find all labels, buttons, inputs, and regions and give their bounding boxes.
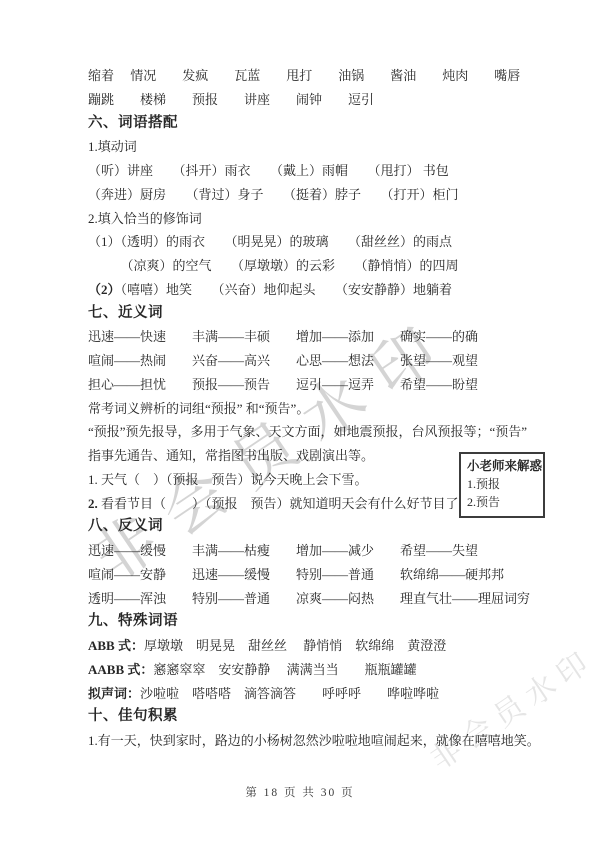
heading-section-9-special-words: 九、特殊词语 (88, 610, 558, 634)
note-common-test-words: 常考词义辨析的词组“预报” 和“预告”。 (88, 397, 558, 421)
antonym-row-1: 迅速——缓慢 丰满——枯瘦 增加——减少 希望——失望 (88, 539, 558, 563)
modifier-row-3: （2）（嘻嘻）地笑 （兴奋）地仰起头 （安安静静）地躺着 (88, 278, 558, 302)
aabb-words: 窸窸窣窣 安安静静 满满当当 瓶瓶罐罐 (153, 662, 416, 677)
heading-section-8-antonyms: 八、反义词 (88, 515, 558, 539)
page-footer: 第 18 页 共 30 页 (0, 784, 600, 800)
note-yubao-definition: “预报”预先报导，多用于气象、天文方面，如地震预报，台风预报等；“预告” (88, 420, 558, 444)
modifier-row-2: （凉爽）的空气 （厚墩墩）的云彩 （静悄悄）的四周 (88, 254, 558, 278)
onomatopoeia-label: 拟声词： (88, 686, 140, 701)
word-list-row-1: 缩着 情况 发疯 瓦蓝 甩打 油锅 酱油 炖肉 嘴唇 (88, 64, 558, 88)
teacher-tip-title: 小老师来解惑 (467, 458, 537, 475)
subheading-fill-verbs: 1.填动词 (88, 135, 558, 159)
word-list-row-2: 蹦跳 楼梯 预报 讲座 闹钟 逗引 (88, 88, 558, 112)
modifier-row-3-text: （嘻嘻）地笑 （兴奋）地仰起头 （安安静静）地躺着 (121, 282, 453, 297)
abb-label: ABB 式： (88, 638, 144, 653)
aabb-words-row: AABB 式：窸窸窣窣 安安静静 满满当当 瓶瓶罐罐 (88, 658, 558, 682)
synonym-row-2: 喧闹——热闹 兴奋——高兴 心思——想法 张望——观望 (88, 349, 558, 373)
teacher-tip-answer-2: 2.预告 (467, 493, 537, 511)
synonym-row-1: 迅速——快速 丰满——丰硕 增加——添加 确实——的确 (88, 325, 558, 349)
exercise-sentence-2-label: 2. (88, 496, 98, 511)
abb-words: 厚墩墩 明晃晃 甜丝丝 静悄悄 软绵绵 黄澄澄 (144, 638, 446, 653)
modifier-row-3-label: （2） (88, 282, 121, 297)
heading-section-6-word-pairing: 六、词语搭配 (88, 112, 558, 136)
teacher-tip-box: 小老师来解惑 1.预报 2.预告 (459, 452, 545, 518)
onomatopoeia-row: 拟声词：沙啦啦 嗒嗒嗒 滴答滴答 呼呼呼 哗啦哗啦 (88, 682, 558, 706)
heading-section-7-synonyms: 七、近义词 (88, 302, 558, 326)
heading-section-10-good-sentences: 十、佳句积累 (88, 705, 558, 729)
verb-phrase-row-1: （听）讲座 （抖开）雨衣 （戴上）雨帽 （甩打） 书包 (88, 159, 558, 183)
antonym-row-2: 喧闹——安静 迅速——缓慢 特别——普通 软绵绵——硬邦邦 (88, 563, 558, 587)
subheading-fill-modifiers: 2.填入恰当的修饰词 (88, 207, 558, 231)
synonym-row-3: 担心——担忧 预报——预告 逗引——逗弄 希望——盼望 (88, 373, 558, 397)
aabb-label: AABB 式： (88, 662, 153, 677)
document-page: 非会员水印 非会员水印 缩着 情况 发疯 瓦蓝 甩打 油锅 酱油 炖肉 嘴唇 蹦… (0, 0, 600, 848)
abb-words-row: ABB 式：厚墩墩 明晃晃 甜丝丝 静悄悄 软绵绵 黄澄澄 (88, 634, 558, 658)
exercise-sentence-2-text: 看看节目（ ）（预报 预告）就知道明天会有什么好节目了。 (98, 496, 472, 511)
verb-phrase-row-2: （奔进）厨房 （背过）身子 （挺着）脖子 （打开）柜门 (88, 183, 558, 207)
onomatopoeia-words: 沙啦啦 嗒嗒嗒 滴答滴答 呼呼呼 哗啦哗啦 (140, 686, 439, 701)
modifier-row-1: （1）（透明）的雨衣 （明晃晃）的玻璃 （甜丝丝）的雨点 (88, 230, 558, 254)
good-sentence-1: 1.有一天，快到家时，路边的小杨树忽然沙啦啦地喧闹起来，就像在嘻嘻地笑。 (88, 729, 558, 753)
document-body: 缩着 情况 发疯 瓦蓝 甩打 油锅 酱油 炖肉 嘴唇 蹦跳 楼梯 预报 讲座 闹… (88, 64, 558, 753)
teacher-tip-answer-1: 1.预报 (467, 475, 537, 493)
antonym-row-3: 透明——浑浊 特别——普通 凉爽——闷热 理直气壮——理屈词穷 (88, 587, 558, 611)
